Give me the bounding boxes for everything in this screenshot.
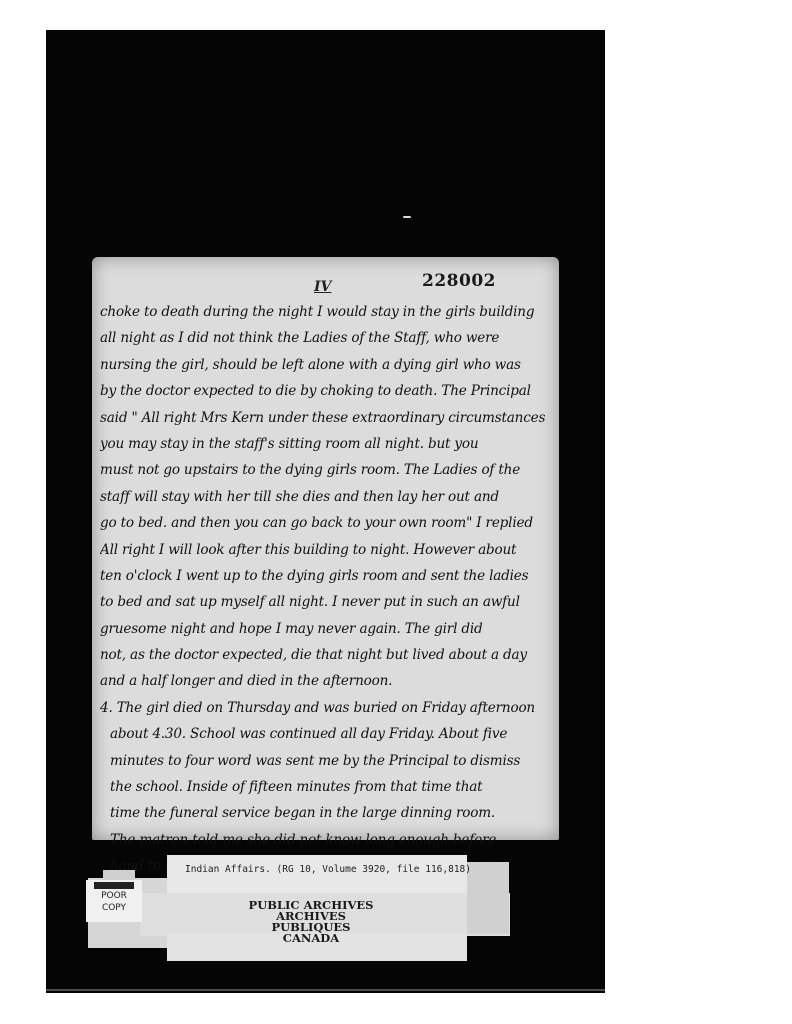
- stamp-line: CANADA: [236, 933, 386, 944]
- handwritten-line: all night as I did not think the Ladies …: [100, 325, 552, 351]
- handwritten-line: about 4.30. School was continued all day…: [100, 721, 552, 747]
- letter-page: IV 228002 choke to death during the nigh…: [92, 257, 559, 840]
- page-marker: IV: [314, 279, 331, 295]
- handwritten-line: time the funeral service began in the la…: [100, 800, 552, 826]
- handwritten-line: The matron told me she did not know long…: [100, 827, 552, 853]
- handwritten-line: the school. Inside of fifteen minutes fr…: [100, 774, 552, 800]
- frame-edge-line: [46, 989, 605, 991]
- handwritten-line: ten o'clock I went up to the dying girls…: [100, 563, 552, 589]
- handwritten-line: and a half longer and died in the aftern…: [100, 668, 552, 694]
- handwritten-line: not, as the doctor expected, die that ni…: [100, 642, 552, 668]
- label-strip: [467, 862, 509, 934]
- handwritten-line: to bed and sat up myself all night. I ne…: [100, 589, 552, 615]
- handwritten-line: nursing the girl, should be left alone w…: [100, 352, 552, 378]
- stamp-line: ARCHIVES PUBLIQUES: [236, 911, 386, 933]
- handwritten-line: must not go upstairs to the dying girls …: [100, 457, 552, 483]
- film-speck: [403, 216, 411, 218]
- handwritten-line: by the doctor expected to die by choking…: [100, 378, 552, 404]
- handwritten-line: All right I will look after this buildin…: [100, 537, 552, 563]
- poor-copy-tag: POOR COPY: [86, 880, 142, 922]
- handwritten-line: choke to death during the night I would …: [100, 299, 552, 325]
- handwritten-line: said " All right Mrs Kern under these ex…: [100, 405, 552, 431]
- redaction-bar: [94, 882, 134, 889]
- handwritten-line: 4. The girl died on Thursday and was bur…: [100, 695, 552, 721]
- poor-copy-line: COPY: [86, 902, 142, 914]
- reference-number: 228002: [422, 271, 496, 291]
- poor-copy-line: POOR: [86, 890, 142, 902]
- handwritten-text: choke to death during the night I would …: [100, 299, 552, 932]
- handwritten-line: go to bed. and then you can go back to y…: [100, 510, 552, 536]
- archive-citation: Indian Affairs. (RG 10, Volume 3920, fil…: [185, 864, 471, 875]
- handwritten-line: you may stay in the staff's sitting room…: [100, 431, 552, 457]
- archives-stamp: PUBLIC ARCHIVES ARCHIVES PUBLIQUES CANAD…: [236, 900, 386, 944]
- handwritten-line: minutes to four word was sent me by the …: [100, 748, 552, 774]
- handwritten-line: gruesome night and hope I may never agai…: [100, 616, 552, 642]
- handwritten-line: staff will stay with her till she dies a…: [100, 484, 552, 510]
